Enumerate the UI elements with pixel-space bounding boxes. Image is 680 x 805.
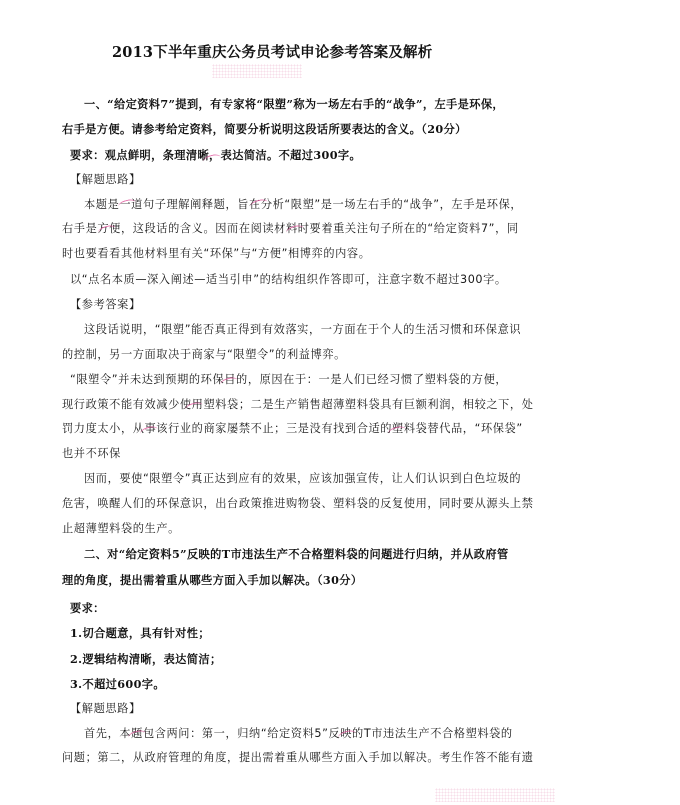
scan-artifact <box>212 64 302 78</box>
question2-requirement-1: 1.切合题意，具有针对性； <box>70 626 210 640</box>
question1-analysis-p1-line3: 时也要看看其他材料里有关“环保”与“方便”相博弈的内容。 <box>62 247 371 261</box>
question1-answer-p2-line1: “限塑令”并未达到预期的环保目的，原因在于：一是人们已经习惯了塑料袋的方便， <box>70 373 507 387</box>
question2-analysis-line1: 首先，本题包含两问：第一，归纳“给定资料5”反映的T市违法生产不合格塑料袋的 <box>84 727 513 741</box>
document-title: 2013下半年重庆公务员考试申论参考答案及解析 <box>112 41 432 62</box>
question1-answer-p1-line2: 的控制，另一方面取决于商家与“限塑令”的利益博弈。 <box>62 348 346 362</box>
question2-prompt-line1: 二、对“给定资料5”反映的T市违法生产不合格塑料袋的问题进行归纳，并从政府管 <box>84 547 509 561</box>
question1-analysis-p2: 以“点名本质—深入阐述—适当引申”的结构组织作答即可，注意字数不超过300字。 <box>70 273 507 287</box>
question2-analysis-line2: 问题；第二，从政府管理的角度，提出需着重从哪些方面入手加以解决。考生作答不能有遗 <box>62 751 534 765</box>
question1-prompt-line1: 一、“给定资料7”提到，有专家将“限塑”称为一场左右手的“战争”，左手是环保， <box>84 97 504 111</box>
question2-requirement-heading: 要求： <box>70 601 105 615</box>
question2-requirement-2: 2.逻辑结构清晰，表达简洁； <box>70 652 222 666</box>
question2-prompt-line2: 理的角度，提出需着重从哪些方面入手加以解决。（30分） <box>62 573 362 587</box>
question1-answer-p3-line3: 止超薄塑料袋的生产。 <box>62 522 180 536</box>
scan-artifact <box>435 788 555 802</box>
question2-analysis-heading: 【解题思路】 <box>70 702 141 716</box>
question1-answer-p2-line3: 罚力度太小，从事该行业的商家屡禁不止；三是没有找到合适的塑料袋替代品，“环保袋” <box>62 422 523 436</box>
question1-answer-p3-line1: 因而，要使“限塑令”真正达到应有的效果，应该加强宣传，让人们认识到白色垃圾的 <box>84 472 521 486</box>
question2-requirement-3: 3.不超过600字。 <box>70 677 165 691</box>
question1-answer-p2-line4: 也并不环保 <box>62 447 121 461</box>
question1-prompt-line2: 右手是方便。请参考给定资料，简要分析说明这段话所要表达的含义。（20分） <box>62 122 467 136</box>
question1-answer-p1-line1: 这段话说明，“限塑”能否真正得到有效落实，一方面在于个人的生活习惯和环保意识 <box>84 323 521 337</box>
question1-analysis-heading: 【解题思路】 <box>70 173 141 187</box>
document-page: 2013下半年重庆公务员考试申论参考答案及解析 一、“给定资料7”提到，有专家将… <box>0 0 680 805</box>
question1-answer-heading: 【参考答案】 <box>70 298 141 312</box>
question1-answer-p2-line2: 现行政策不能有效减少使用塑料袋；二是生产销售超薄塑料袋具有巨额利润，相较之下，处 <box>62 398 534 412</box>
question1-answer-p3-line2: 危害，唤醒人们的环保意识，出台政策推进购物袋、塑料袋的反复使用，同时要从源头上禁 <box>62 497 534 511</box>
question1-analysis-p1-line1: 本题是一道句子理解阐释题，旨在分析“限塑”是一场左右手的“战争”，左手是环保， <box>84 198 522 212</box>
